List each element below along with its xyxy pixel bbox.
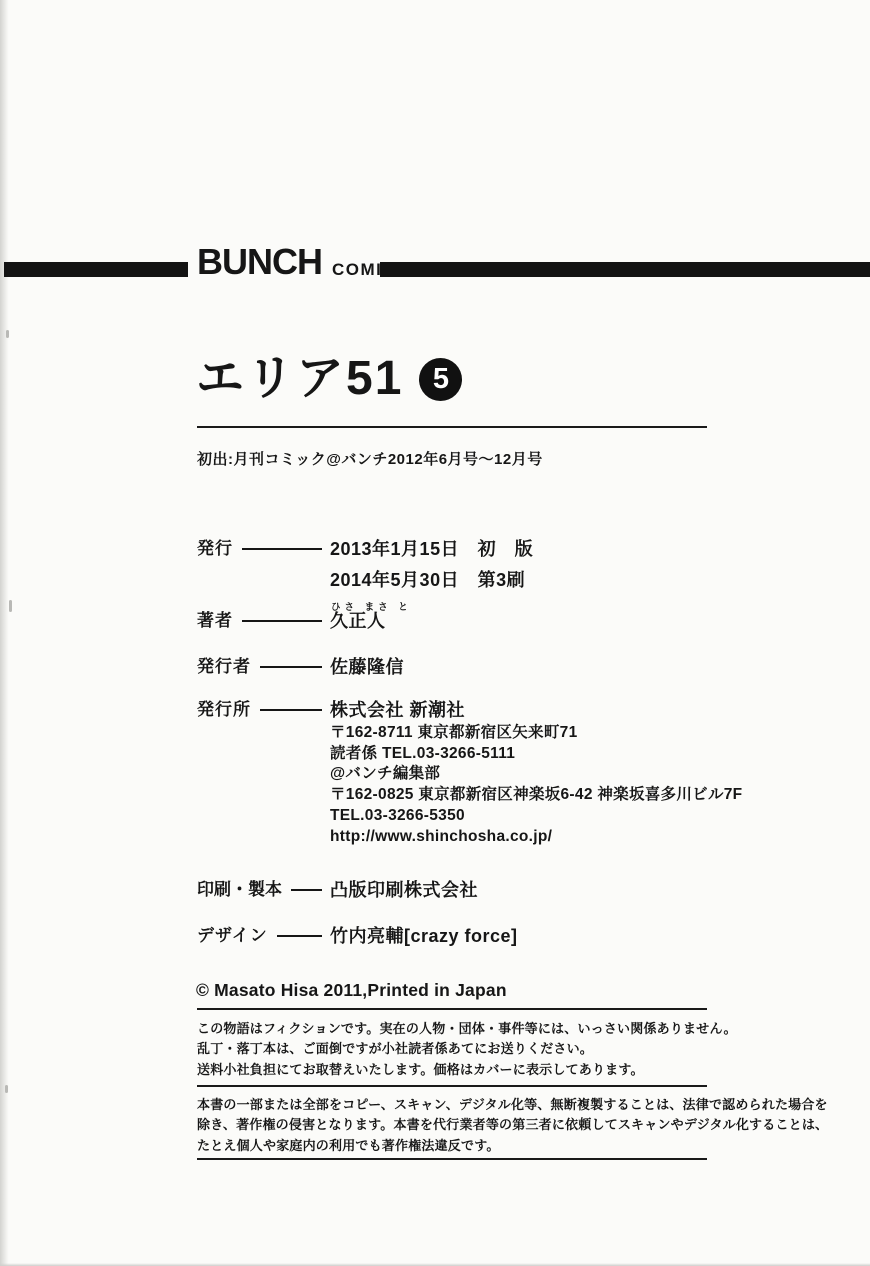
leader-line [291,889,322,892]
published-reprint: 2014年5月30日 第3刷 [330,569,533,591]
fiction-disclaimer-line: 送料小社負担にてお取替えいたします。価格はカバーに表示してあります。 [197,1060,737,1080]
title-rule [197,426,707,428]
leader-line [242,548,322,551]
row-author: 著者 ひさ まさ と 久正人 [197,610,386,632]
fiction-disclaimer-line: この物語はフィクションです。実在の人物・団体・事件等には、いっさい関係ありません… [197,1019,737,1039]
copyright-legal-notice: 本書の一部または全部をコピー、スキャン、デジタル化等、無断複製することは、法律で… [197,1095,828,1156]
row-published: 発行 2013年1月15日 初 版 2014年5月30日 第3刷 [197,538,533,591]
publisher-tel: TEL.03-3266-5350 [330,806,742,827]
colophon-page: BUNCH COMICS エリア51 5 初出:月刊コミック@バンチ2012年6… [0,0,870,1266]
row-printer: 印刷・製本 凸版印刷株式会社 [197,879,478,901]
copyright-legal-line: たとえ個人や家庭内の利用でも著作権法違反です。 [197,1136,828,1156]
designer-label: デザイン [197,925,268,947]
brand-name: BUNCH [197,244,322,280]
fiction-disclaimer: この物語はフィクションです。実在の人物・団体・事件等には、いっさい関係ありません… [197,1019,737,1080]
leader-line [260,666,322,669]
publisher-postal-1: 〒162-8711 東京都新宿区矢来町71 [330,723,742,744]
publisher-editorial-dept: @バンチ編集部 [330,764,742,785]
publisher-readers-tel: 読者係 TEL.03-3266-5111 [330,744,742,765]
brand-logo: BUNCH COMICS [197,244,409,280]
author-furigana: ひさ まさ と [331,597,412,619]
leader-line [242,620,322,623]
scan-speck [6,330,9,338]
printer-name: 凸版印刷株式会社 [330,880,478,900]
row-designer: デザイン 竹内亮輔[crazy force] [197,925,518,947]
brand-rule-right [380,262,870,277]
notice-rule-bottom [197,1158,707,1160]
book-title-block: エリア51 5 [196,355,462,403]
published-label: 発行 [197,538,233,560]
first-publication-note: 初出:月刊コミック@バンチ2012年6月号～12月号 [197,448,543,469]
copyright-legal-line: 本書の一部または全部をコピー、スキャン、デジタル化等、無断複製することは、法律で… [197,1095,828,1115]
book-title: エリア51 [196,355,403,403]
designer-credit: 竹内亮輔[crazy force] [330,926,518,946]
copyright-line: © Masato Hisa 2011,Printed in Japan [196,980,507,1001]
issuer-name: 佐藤隆信 [330,657,404,677]
leader-line [277,935,322,938]
notice-rule-middle [197,1085,707,1087]
brand-rule-left [4,262,188,277]
publisher-postal-2: 〒162-0825 東京都新宿区神楽坂6-42 神楽坂喜多川ビル7F [330,785,742,806]
publisher-url: http://www.shinchosha.co.jp/ [330,827,742,848]
published-first-edition: 2013年1月15日 初 版 [330,538,533,560]
author-label: 著者 [197,610,233,632]
publisher-name: 株式会社 新潮社 [330,700,465,720]
scan-edge-left [0,0,10,1266]
publisher-address-block: 〒162-8711 東京都新宿区矢来町71 読者係 TEL.03-3266-51… [330,723,742,847]
fiction-disclaimer-line: 乱丁・落丁本は、ご面倒ですが小社読者係あてにお送りください。 [197,1039,737,1059]
volume-number: 5 [433,365,449,394]
row-publisher: 発行所 株式会社 新潮社 [197,699,465,721]
notice-rule-top [197,1008,707,1010]
copyright-legal-line: 除き、著作権の侵害となります。本書を代行業者等の第三者に依頼してスキャンやデジタ… [197,1115,828,1135]
scan-speck [9,600,12,612]
row-issuer: 発行者 佐藤隆信 [197,656,404,678]
scan-speck [5,1085,8,1093]
issuer-label: 発行者 [197,656,251,678]
volume-badge: 5 [419,358,462,401]
leader-line [260,709,322,712]
printer-label: 印刷・製本 [197,879,282,901]
publisher-label: 発行所 [197,699,251,721]
